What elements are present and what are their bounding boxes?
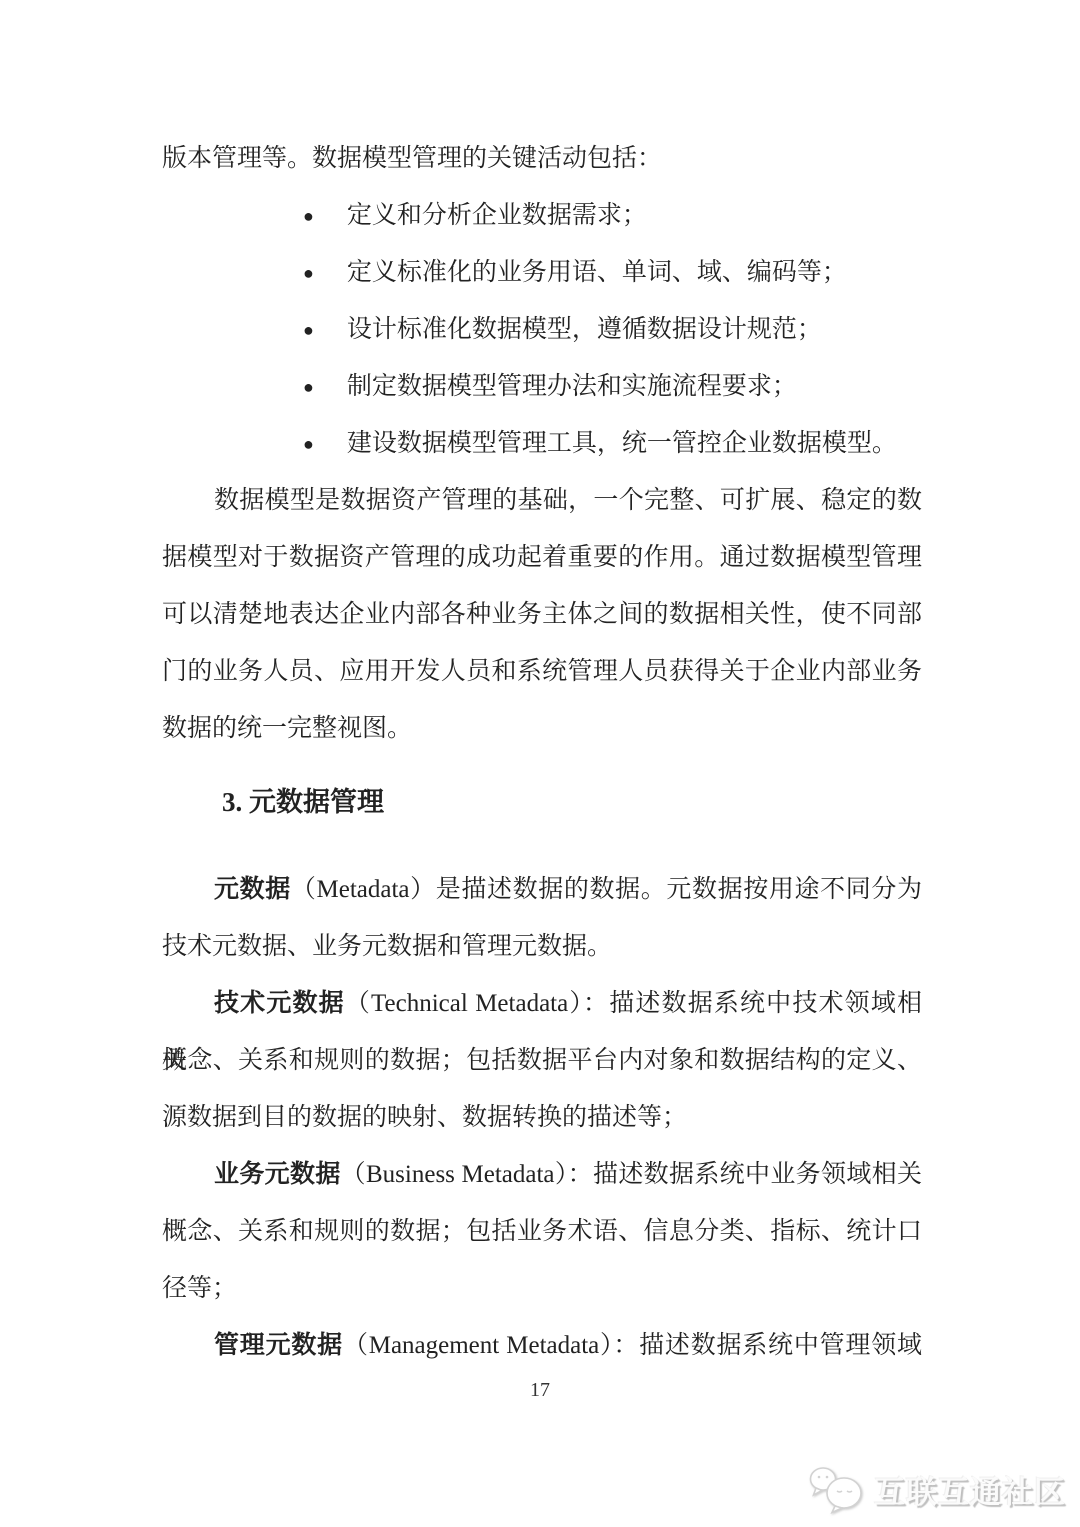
paragraph-business-metadata: 业务元数据（Business Metadata）：描述数据系统中业务领域相关 概… bbox=[162, 1146, 922, 1317]
paragraph-line: 径等； bbox=[162, 1260, 922, 1317]
bullet-icon: ● bbox=[303, 377, 314, 397]
bullet-item: ●定义标准化的业务用语、单词、域、编码等； bbox=[162, 244, 922, 301]
line-text: （Business Metadata）：描述数据系统中业务领域相关 bbox=[341, 1161, 922, 1188]
line-text: （Metadata）是描述数据的数据。元数据按用途不同分为 bbox=[291, 876, 922, 903]
bullet-list: ●定义和分析企业数据需求； ●定义标准化的业务用语、单词、域、编码等； ●设计标… bbox=[162, 187, 922, 472]
bullet-text: 定义和分析企业数据需求； bbox=[347, 202, 647, 229]
bullet-item: ●设计标准化数据模型，遵循数据设计规范； bbox=[162, 301, 922, 358]
paragraph-line: 据模型对于数据资产管理的成功起着重要的作用。通过数据模型管理 bbox=[162, 529, 922, 586]
paragraph-line: 管理元数据（Management Metadata）：描述数据系统中管理领域 bbox=[162, 1317, 922, 1374]
paragraph-line: 数据的统一完整视图。 bbox=[162, 700, 922, 757]
paragraph-line: 技术元数据（Technical Metadata）：描述数据系统中技术领域相关 bbox=[162, 975, 922, 1032]
bullet-text: 定义标准化的业务用语、单词、域、编码等； bbox=[347, 259, 847, 286]
bullet-text: 制定数据模型管理办法和实施流程要求； bbox=[347, 373, 797, 400]
paragraph-model: 数据模型是数据资产管理的基础，一个完整、可扩展、稳定的数 据模型对于数据资产管理… bbox=[162, 472, 922, 757]
line-text: （Management Metadata）：描述数据系统中管理领域 bbox=[343, 1332, 922, 1359]
bullet-icon: ● bbox=[303, 206, 314, 226]
paragraph-line: 门的业务人员、应用开发人员和系统管理人员获得关于企业内部业务 bbox=[162, 643, 922, 700]
page-content: 版本管理等。数据模型管理的关键活动包括： ●定义和分析企业数据需求； ●定义标准… bbox=[162, 130, 922, 1374]
bold-term: 技术元数据 bbox=[214, 990, 345, 1017]
section-heading: 3. 元数据管理 bbox=[162, 774, 922, 831]
bold-term: 元数据 bbox=[214, 876, 291, 903]
bullet-text: 建设数据模型管理工具，统一管控企业数据模型。 bbox=[347, 430, 897, 457]
bold-term: 业务元数据 bbox=[214, 1161, 341, 1188]
paragraph-line: 可以清楚地表达企业内部各种业务主体之间的数据相关性，使不同部 bbox=[162, 586, 922, 643]
intro-line: 版本管理等。数据模型管理的关键活动包括： bbox=[162, 130, 922, 187]
paragraph-line: 技术元数据、业务元数据和管理元数据。 bbox=[162, 918, 922, 975]
watermark: 互联互通社区 bbox=[808, 1464, 1066, 1514]
document-page: 版本管理等。数据模型管理的关键活动包括： ●定义和分析企业数据需求； ●定义标准… bbox=[0, 0, 1080, 1527]
paragraph-line: 概念、关系和规则的数据；包括数据平台内对象和数据结构的定义、 bbox=[162, 1032, 922, 1089]
paragraph-line: 概念、关系和规则的数据；包括业务术语、信息分类、指标、统计口 bbox=[162, 1203, 922, 1260]
paragraph-line: 业务元数据（Business Metadata）：描述数据系统中业务领域相关 bbox=[162, 1146, 922, 1203]
bullet-icon: ● bbox=[303, 263, 314, 283]
paragraph-metadata: 元数据（Metadata）是描述数据的数据。元数据按用途不同分为 技术元数据、业… bbox=[162, 861, 922, 975]
paragraph-line: 数据模型是数据资产管理的基础，一个完整、可扩展、稳定的数 bbox=[162, 472, 922, 529]
paragraph-technical-metadata: 技术元数据（Technical Metadata）：描述数据系统中技术领域相关 … bbox=[162, 975, 922, 1146]
bullet-item: ●制定数据模型管理办法和实施流程要求； bbox=[162, 358, 922, 415]
watermark-text: 互联互通社区 bbox=[874, 1467, 1066, 1512]
page-number: 17 bbox=[0, 1376, 1080, 1404]
bold-term: 管理元数据 bbox=[214, 1332, 343, 1359]
bullet-item: ●定义和分析企业数据需求； bbox=[162, 187, 922, 244]
paragraph-line: 源数据到目的数据的映射、数据转换的描述等； bbox=[162, 1089, 922, 1146]
bullet-item: ●建设数据模型管理工具，统一管控企业数据模型。 bbox=[162, 415, 922, 472]
bullet-text: 设计标准化数据模型，遵循数据设计规范； bbox=[347, 316, 822, 343]
bullet-icon: ● bbox=[303, 320, 314, 340]
paragraph-line: 元数据（Metadata）是描述数据的数据。元数据按用途不同分为 bbox=[162, 861, 922, 918]
paragraph-management-metadata: 管理元数据（Management Metadata）：描述数据系统中管理领域 bbox=[162, 1317, 922, 1374]
bullet-icon: ● bbox=[303, 434, 314, 454]
chat-bubbles-icon bbox=[808, 1464, 866, 1514]
